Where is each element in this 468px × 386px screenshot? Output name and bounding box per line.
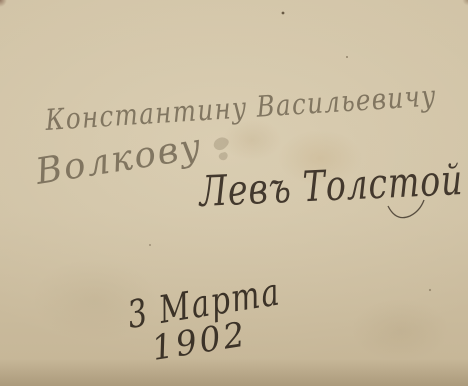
date-group: 3 Марта 1902 xyxy=(125,269,284,369)
ink-smudge xyxy=(214,137,229,160)
dedication-line-1: Константину Васильевичу xyxy=(43,78,437,137)
tolstoy-signature: Левъ Толстой xyxy=(197,155,465,216)
handwriting-layer: Константину Васильевичу Волкову Левъ Тол… xyxy=(0,0,468,386)
autograph-page-photo: Константину Васильевичу Волкову Левъ Тол… xyxy=(0,0,468,386)
